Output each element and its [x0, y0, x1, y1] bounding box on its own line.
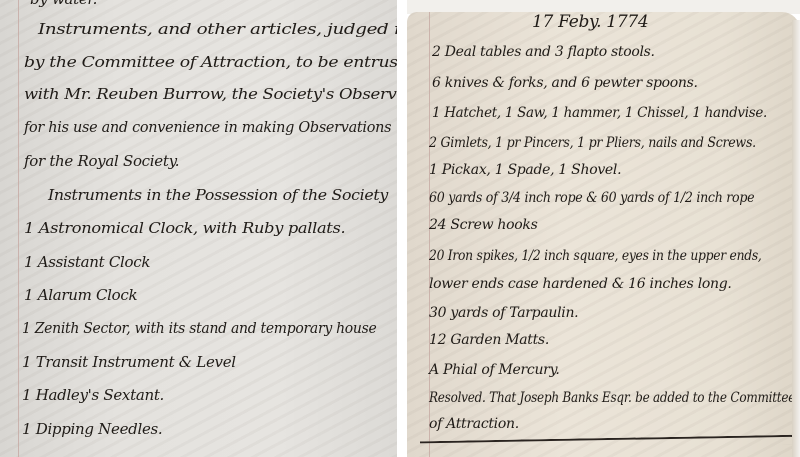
page-edge — [792, 20, 800, 457]
manuscript-line: for the Royal Society. — [24, 152, 179, 170]
manuscript-line: Instruments, and other articles, judged … — [38, 20, 397, 38]
inventory-item: 30 yards of Tarpaulin. — [429, 305, 578, 321]
right-manuscript-page: 17 Feby. 1774 2 Deal tables and 3 flapto… — [407, 12, 800, 457]
inventory-item: 1 Transit Instrument & Level — [22, 353, 236, 371]
resolution-text: of Attraction. — [429, 416, 519, 432]
page-gutter — [397, 0, 407, 457]
inventory-item: A Phial of Mercury. — [429, 362, 559, 378]
manuscript-line: by water. — [30, 0, 97, 8]
left-manuscript-page: by water. Instruments, and other article… — [0, 0, 397, 457]
inventory-item: lower ends case hardened & 16 inches lon… — [429, 276, 732, 292]
inventory-item: 6 knives & forks, and 6 pewter spoons. — [432, 75, 698, 91]
inventory-item: 1 Zenith Sector, with its stand and temp… — [22, 319, 376, 337]
inventory-item: 60 yards of 3/4 inch rope & 60 yards of … — [429, 190, 754, 206]
inventory-item: 1 Astronomical Clock, with Ruby pallats. — [24, 219, 345, 237]
resolution-text: Resolved. That Joseph Banks Esqr. be add… — [429, 390, 795, 406]
manuscript-line: by the Committee of Attraction, to be en… — [24, 53, 397, 71]
inventory-item: 2 Deal tables and 3 flapto stools. — [432, 44, 655, 60]
entry-date: 17 Feby. 1774 — [532, 12, 648, 32]
inventory-item: 24 Screw hooks — [429, 217, 537, 233]
manuscript-line: with Mr. Reuben Burrow, the Society's Ob… — [24, 85, 397, 103]
inventory-item: 1 Hadley's Sextant. — [22, 386, 164, 404]
inventory-item: 1 Assistant Clock — [24, 253, 150, 271]
inventory-item: 1 Dipping Needles. — [22, 420, 162, 438]
manuscript-line: for his use and convenience in making Ob… — [24, 118, 391, 136]
inventory-item: 20 Iron spikes, 1/2 inch square, eyes in… — [429, 248, 762, 264]
margin-rule — [18, 0, 19, 457]
inventory-item: 1 Pickax, 1 Spade, 1 Shovel. — [429, 162, 621, 178]
inventory-item: 12 Garden Matts. — [429, 332, 549, 348]
inventory-item: 2 Gimlets, 1 pr Pincers, 1 pr Pliers, na… — [429, 135, 756, 151]
inventory-item: 1 Hatchet, 1 Saw, 1 hammer, 1 Chissel, 1… — [432, 105, 767, 121]
inventory-item: 1 Alarum Clock — [24, 286, 137, 304]
manuscript-heading: Instruments in the Possession of the Soc… — [48, 186, 388, 204]
